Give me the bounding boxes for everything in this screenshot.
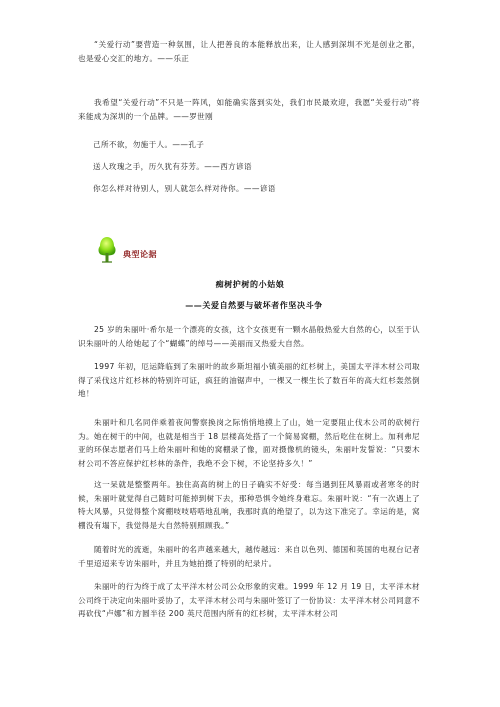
article-subtitle: ——关爱自然要与破坏者作坚决斗争 — [0, 300, 500, 311]
article-paragraph: 朱丽叶和几名同伴乘着夜间警察换岗之际悄悄地摸上了山，她一定要阻止伐木公司的砍树行… — [78, 416, 420, 470]
quote-paragraph: “关爱行动”要营造一种氛围，让人把善良的本能释放出来，让人感到深圳不光是创业之都… — [78, 38, 420, 65]
article-paragraph: 朱丽叶的行为终于成了太平洋木材公司公众形象的灾难。1999 年 12 月 19 … — [78, 580, 420, 621]
section-heading: 典型论据 — [96, 236, 206, 266]
document-page: “关爱行动”要营造一种氛围，让人把善良的本能释放出来，让人感到深圳不光是创业之都… — [0, 0, 500, 707]
quote-paragraph: 送人玫瑰之手，历久犹有芬芳。——西方谚语 — [93, 161, 252, 173]
tree-icon — [96, 236, 118, 264]
article-paragraph: 随着时光的流逝，朱丽叶的名声越来越大，越传越远：来自以色列、德国和英国的电视台记… — [78, 543, 420, 570]
section-title: 典型论据 — [123, 249, 157, 260]
quote-paragraph: 己所不欲，勿施于人。——孔子 — [93, 139, 204, 151]
article-paragraph: 25 岁的朱丽叶·希尔是一个漂亮的女孩，这个女孩更有一颗水晶般热爱大自然的心，以… — [78, 323, 420, 350]
article-paragraph: 这一呆就是整整两年。独住高高的树上的日子确实不好受：每当遇到狂风暴雨或者寒冬的时… — [78, 478, 420, 532]
article-title: 痴树护树的小姑娘 — [0, 279, 500, 290]
article-paragraph: 1997 年初，厄运降临到了朱丽叶的故乡斯坦福小镇美丽的红杉树上，美国太平洋木材… — [78, 360, 420, 401]
quote-paragraph: 你怎么样对待别人，别人就怎么样对待你。——谚语 — [93, 183, 276, 195]
quote-paragraph: 我希望“关爱行动”不只是一阵风，如能确实落到实处，我们市民最欢迎，我愿“关爱行动… — [78, 96, 420, 123]
